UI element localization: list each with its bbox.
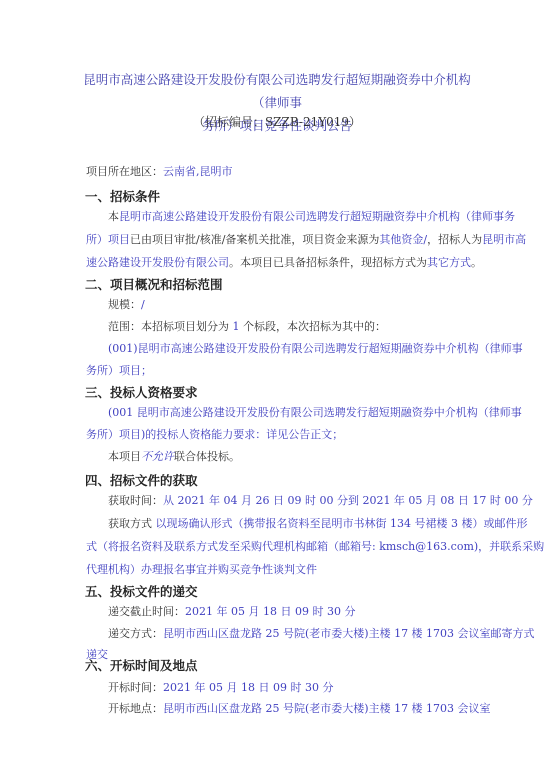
lot-line-1: (001)昆明市高速公路建设开发股份有限公司选聘发行超短期融资券中介机构（律师事 (108, 342, 523, 356)
section-4-heading: 四、招标文件的获取 (85, 471, 198, 489)
text: 本项目 (108, 450, 141, 463)
section-6-heading: 六、开标时间及地点 (85, 656, 198, 674)
fund-source: 其他资金/ (379, 233, 427, 246)
section-1-para-line3: 速公路建设开发股份有限公司。本项目已具备招标条件，现招标方式为其它方式。 (86, 256, 482, 270)
title-line-1: 昆明市高速公路建设开发股份有限公司选聘发行超短期融资券中介机构（律师事 (82, 68, 472, 114)
qualification-line-1: (001 昆明市高速公路建设开发股份有限公司选聘发行超短期融资券中介机构（律师事 (108, 406, 522, 420)
jv-status: 不允许 (141, 450, 174, 463)
text: 已由项目审批/核准/备案机关批准，项目资金来源为 (130, 233, 379, 246)
project-name: 昆明市高速公路建设开发股份有限公司选聘发行超短期融资券中介机构（律师事务 (119, 210, 515, 223)
project-location: 项目所在地区：云南省,昆明市 (86, 165, 233, 179)
section-5-heading: 五、投标文件的递交 (85, 582, 198, 600)
obtain-method-line-1: 以现场确认形式（携带报名资料至昆明市书林街 134 号裙楼 3 楼）或邮件形 (156, 517, 528, 530)
location-label: 项目所在地区： (86, 165, 163, 178)
open-place-value: 昆明市西山区盘龙路 25 号院(老市委大楼)主楼 17 楼 1703 会议室 (163, 702, 491, 715)
scale-label: 规模： (108, 298, 141, 311)
section-3-heading: 三、投标人资格要求 (85, 383, 198, 401)
obtain-method-line-2: 式（将报名资料及联系方式发至采购代理机构邮箱（邮箱号: kmsch@163.co… (86, 540, 544, 554)
text: 联合体投标。 (174, 450, 240, 463)
text: 。本项目已具备招标条件，现招标方式为 (229, 256, 427, 269)
section-1-heading: 一、招标条件 (85, 187, 160, 205)
submit-method-row: 递交方式：昆明市西山区盘龙路 25 号院(老市委大楼)主楼 17 楼 1703 … (108, 627, 535, 641)
lot-count: 1 (233, 320, 240, 333)
text: 。 (471, 256, 482, 269)
obtain-method-label: 获取方式 (108, 517, 152, 530)
text: 本 (108, 210, 119, 223)
tenderer-name-cont: 速公路建设开发股份有限公司 (86, 256, 229, 269)
submit-line-1: 昆明市西山区盘龙路 25 号院(老市委大楼)主楼 17 楼 1703 会议室邮寄… (163, 627, 535, 640)
deadline-row: 递交截止时间：2021 年 05 月 18 日 09 时 30 分 (108, 605, 355, 619)
obtain-method-row: 获取方式 以现场确认形式（携带报名资料至昆明市书林街 134 号裙楼 3 楼）或… (108, 517, 527, 531)
range-row: 范围：本招标项目划分为 1 个标段，本次招标为其中的： (108, 320, 386, 334)
open-place-label: 开标地点： (108, 702, 163, 715)
open-time-row: 开标时间：2021 年 05 月 18 日 09 时 30 分 (108, 681, 333, 695)
text: ，招标人为 (427, 233, 482, 246)
deadline-label: 递交截止时间： (108, 605, 185, 618)
scale-row: 规模：/ (108, 298, 145, 312)
text: 范围：本招标项目划分为 (108, 320, 229, 333)
tender-code: （招标编号：SZZB-21Y019） (0, 113, 554, 130)
location-value: 云南省,昆明市 (163, 165, 233, 178)
open-time-label: 开标时间： (108, 681, 163, 694)
qualification-line-2: 务所）项目)的投标人资格能力要求：详见公告正文； (86, 428, 343, 442)
section-1-para-line2: 所）项目已由项目审批/核准/备案机关批准，项目资金来源为其他资金/，招标人为昆明… (86, 233, 526, 247)
submit-label: 递交方式： (108, 627, 163, 640)
section-2-heading: 二、项目概况和招标范围 (85, 275, 223, 293)
obtain-time-row: 获取时间：从 2021 年 04 月 26 日 09 时 00 分到 2021 … (108, 494, 533, 508)
joint-venture-row: 本项目不允许联合体投标。 (108, 450, 240, 464)
lot-line-2: 务所）项目； (86, 364, 152, 378)
deadline-value: 2021 年 05 月 18 日 09 时 30 分 (185, 605, 355, 618)
text: 个标段，本次招标为其中的： (243, 320, 386, 333)
tender-method: 其它方式 (427, 256, 471, 269)
section-1-para-line1: 本昆明市高速公路建设开发股份有限公司选聘发行超短期融资券中介机构（律师事务 (108, 210, 515, 224)
obtain-time-value: 从 2021 年 04 月 26 日 09 时 00 分到 2021 年 05 … (163, 494, 533, 507)
open-place-row: 开标地点：昆明市西山区盘龙路 25 号院(老市委大楼)主楼 17 楼 1703 … (108, 702, 491, 716)
obtain-method-line-3: 代理机构）办理报名事宜并购买竞争性谈判文件 (86, 563, 317, 577)
tenderer-name: 昆明市高 (482, 233, 526, 246)
open-time-value: 2021 年 05 月 18 日 09 时 30 分 (163, 681, 333, 694)
document-page: 昆明市高速公路建设开发股份有限公司选聘发行超短期融资券中介机构（律师事 务所）项… (0, 0, 554, 783)
project-name-cont: 所）项目 (86, 233, 130, 246)
scale-value: / (141, 298, 145, 311)
obtain-time-label: 获取时间： (108, 494, 163, 507)
